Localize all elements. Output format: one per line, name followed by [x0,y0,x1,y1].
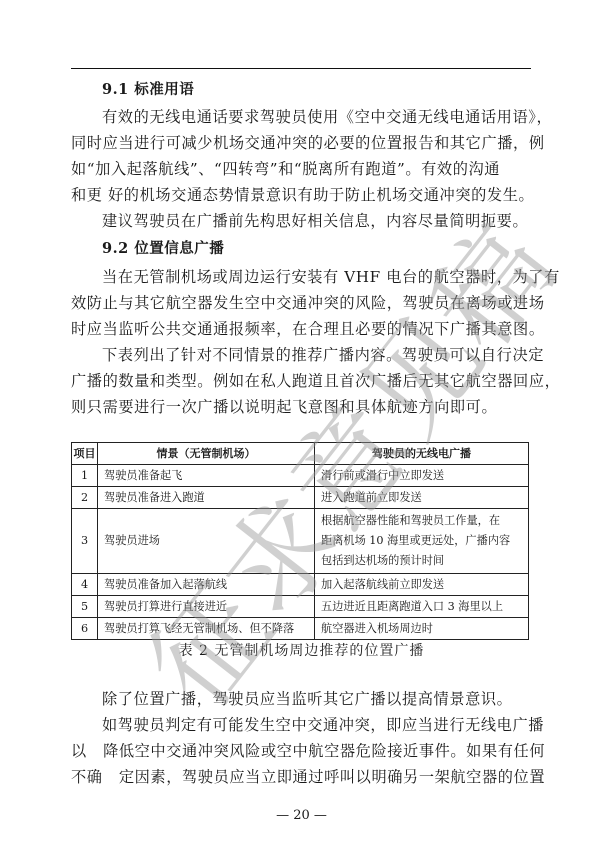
column-header-item: 项目 [72,443,98,465]
header-rule [71,68,531,69]
text-line: 如“加入起落航线”、“四转弯”和“脱离所有跑道”。有效的沟通 [71,156,531,182]
table-row: 5 驾驶员打算进行直接进近 五边进近且距离跑道入口 3 海里以上 [72,596,529,618]
text-line: 不确 定因素，驾驶员应当立即通过呼叫以明确另一架航空器的位置 [71,764,531,790]
table-caption: 表 2 无管制机场周边推荐的位置广播 [0,640,603,660]
row-number: 3 [72,509,98,574]
column-header-broadcast: 驾驶员的无线电广播 [315,443,529,465]
text-line: 时应当监听公共交通通报频率，在合理且必要的情况下广播其意图。 [71,316,531,342]
broadcast-line: 包括到达机场的预计时间 [321,551,522,571]
text-line: 有效的无线电通话要求驾驶员使用《空中交通无线电通话用语》， [71,104,531,130]
text-line: 广播的数量和类型。例如在私人跑道且首次广播后无其它航空器回应， [71,368,531,394]
text-line: 则只需要进行一次广播以说明起飞意图和具体航迹方向即可。 [71,394,531,420]
table-row: 2 驾驶员准备进入跑道 进入跑道前立即发送 [72,487,529,509]
row-scenario: 驾驶员准备进入跑道 [98,487,315,509]
row-scenario: 驾驶员打算进行直接进近 [98,596,315,618]
row-scenario: 驾驶员准备加入起落航线 [98,574,315,596]
text-line: 和更 好的机场交通态势情景意识有助于防止机场交通冲突的发生。 [71,182,531,208]
text-line: 建议驾驶员在广播前先构思好相关信息，内容尽量简明扼要。 [71,208,531,234]
text-line: 同时应当进行可减少机场交通冲突的必要的位置报告和其它广播，例 [71,130,531,156]
row-broadcast: 航空器进入机场周边时 [315,618,529,640]
table-row: 1 驾驶员准备起飞 滑行前或滑行中立即发送 [72,465,529,487]
row-broadcast: 进入跑道前立即发送 [315,487,529,509]
column-header-scenario: 情景（无管制机场） [98,443,315,465]
text-line: 下表列出了针对不同情景的推荐广播内容。驾驶员可以自行决定 [71,342,531,368]
table-row: 3 驾驶员进场 根据航空器性能和驾驶员工作量，在 距离机场 10 海里或更远处，… [72,509,529,574]
page-number: — 20 — [0,808,603,823]
table-header-row: 项目 情景（无管制机场） 驾驶员的无线电广播 [72,443,529,465]
row-broadcast: 五边进近且距离跑道入口 3 海里以上 [315,596,529,618]
table-row: 6 驾驶员打算飞经无管制机场、但不降落 航空器进入机场周边时 [72,618,529,640]
broadcast-line: 距离机场 10 海里或更远处，广播内容 [321,531,522,551]
paragraph-standard-phraseology: 有效的无线电通话要求驾驶员使用《空中交通无线电通话用语》， 同时应当进行可减少机… [71,104,531,234]
text-line: 以 降低空中交通冲突风险或空中航空器危险接近事件。如果有任何 [71,738,531,764]
row-broadcast: 根据航空器性能和驾驶员工作量，在 距离机场 10 海里或更远处，广播内容 包括到… [315,509,529,574]
text-line: 当在无管制机场或周边运行安装有 VHF 电台的航空器时，为了有 [71,264,531,290]
paragraph-closing: 除了位置广播，驾驶员应当监听其它广播以提高情景意识。 如驾驶员判定有可能发生空中… [71,686,531,790]
row-scenario: 驾驶员打算飞经无管制机场、但不降落 [98,618,315,640]
broadcast-table: 项目 情景（无管制机场） 驾驶员的无线电广播 1 驾驶员准备起飞 滑行前或滑行中… [71,442,529,640]
section-heading-9-1: 9.1 标准用语 [102,78,194,99]
broadcast-line: 根据航空器性能和驾驶员工作量，在 [321,511,522,531]
text-line: 除了位置广播，驾驶员应当监听其它广播以提高情景意识。 [71,686,531,712]
row-scenario: 驾驶员准备起飞 [98,465,315,487]
row-number: 6 [72,618,98,640]
row-number: 4 [72,574,98,596]
row-number: 5 [72,596,98,618]
row-number: 2 [72,487,98,509]
row-broadcast: 加入起落航线前立即发送 [315,574,529,596]
text-line: 效防止与其它航空器发生空中交通冲突的风险，驾驶员在离场或进场 [71,290,531,316]
text-line: 如驾驶员判定有可能发生空中交通冲突，即应当进行无线电广播 [71,712,531,738]
section-heading-9-2: 9.2 位置信息广播 [102,237,224,258]
row-scenario: 驾驶员进场 [98,509,315,574]
paragraph-position-broadcast: 当在无管制机场或周边运行安装有 VHF 电台的航空器时，为了有 效防止与其它航空… [71,264,531,420]
row-number: 1 [72,465,98,487]
table-row: 4 驾驶员准备加入起落航线 加入起落航线前立即发送 [72,574,529,596]
row-broadcast: 滑行前或滑行中立即发送 [315,465,529,487]
